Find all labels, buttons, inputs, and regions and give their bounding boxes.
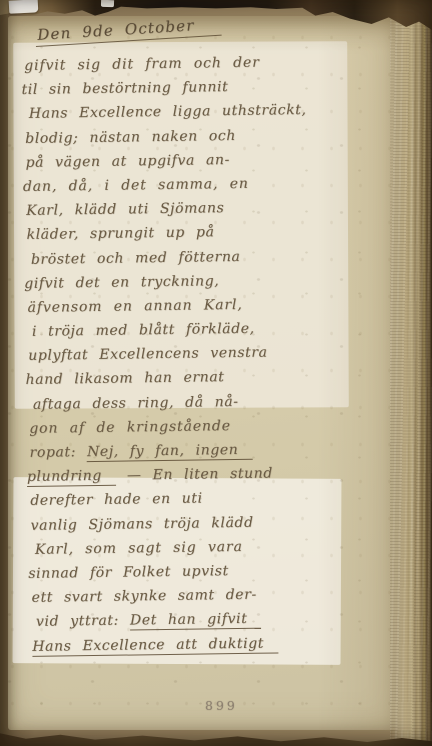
- line-text: hand likasom han ernat: [25, 370, 224, 389]
- line-text: uplyftat Excellencens venstra: [28, 345, 268, 364]
- line-text: Karl, som sagt sig vara: [35, 539, 243, 558]
- line-text: bröstet och med fötterna: [31, 248, 241, 267]
- line-text: — En liten stund: [116, 466, 273, 484]
- paper-fragment: [101, 0, 114, 7]
- line-text: blodig; nästan naken och: [25, 128, 236, 147]
- date-heading: Den 9de October: [35, 15, 221, 47]
- underlined-text: Nej, fy fan, ingen: [87, 442, 253, 462]
- line-text: aftaga dess ring, då nå-: [33, 394, 239, 413]
- line-text: ett svart skynke samt der-: [32, 587, 257, 606]
- line-text: vid yttrat:: [36, 613, 130, 630]
- line-text: gon af de kringstående: [29, 418, 231, 437]
- handwritten-line: Hans Excellence att duktigt: [28, 634, 368, 663]
- line-text: dan, då, i det samma, en: [23, 176, 249, 195]
- line-text: kläder, sprungit up på: [26, 225, 214, 244]
- underlined-text: Hans Excellence att duktigt: [32, 635, 278, 656]
- book-photo: Den 9de October gifvit sig dit fram och …: [0, 0, 432, 746]
- manuscript-lines: gifvit sig dit fram och dertil sin bestö…: [20, 47, 368, 662]
- line-text: gifvit det en tryckning,: [24, 273, 219, 292]
- line-text: äfvensom en annan Karl,: [27, 297, 242, 316]
- line-text: gifvit sig dit fram och der: [24, 55, 260, 74]
- line-text: på vägen at upgifva an-: [25, 152, 230, 171]
- line-text: sinnad för Folket upvist: [28, 563, 229, 582]
- book-bottom-edge: [0, 730, 432, 746]
- underlined-text: Det han gifvit: [130, 611, 262, 631]
- line-text: Karl, klädd uti Sjömans: [26, 200, 224, 219]
- manuscript-page: Den 9de October gifvit sig dit fram och …: [8, 16, 406, 730]
- page-number: 899: [205, 698, 238, 713]
- line-text: til sin bestörtning funnit: [21, 79, 228, 98]
- line-text: Hans Excellence ligga uthsträckt,: [29, 102, 307, 122]
- line-text: ropat:: [29, 444, 87, 461]
- line-text: i tröja med blått förkläde,: [32, 321, 255, 340]
- line-text: vanlig Sjömans tröja klädd: [30, 514, 253, 533]
- underlined-text: plundring: [27, 468, 116, 487]
- paper-fragment: [9, 0, 39, 14]
- line-text: derefter hade en uti: [30, 491, 203, 509]
